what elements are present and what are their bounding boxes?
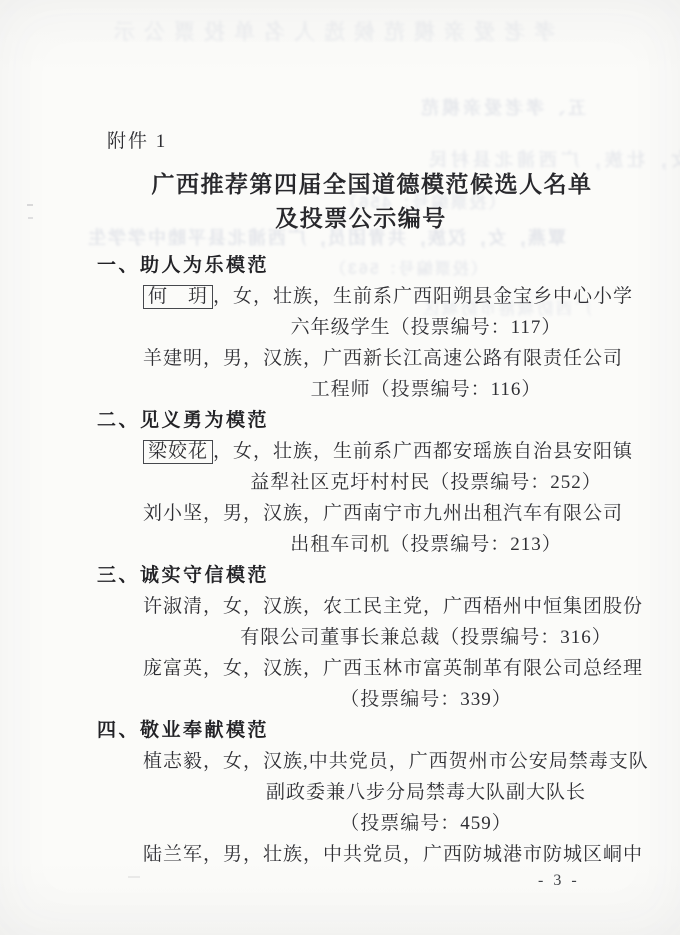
entry-line: 何 玥，女，壮族，生前系广西阳朔县金宝乡中心小学 bbox=[97, 281, 627, 312]
entry-continuation: （投票编号：339） bbox=[97, 684, 627, 715]
candidate-name: 羊建明 bbox=[143, 348, 203, 369]
entry-continuation: 益犁社区克圩村村民（投票编号：252） bbox=[97, 467, 627, 498]
entry-details: ，男，壮族，中共党员，广西防城港市防城区峒中 bbox=[203, 844, 643, 865]
entry-details: ，女，汉族,中共党员，广西贺州市公安局禁毒支队 bbox=[203, 751, 649, 772]
candidate-name-boxed: 梁姣花 bbox=[143, 440, 213, 464]
scan-artifact bbox=[128, 876, 140, 878]
entry-continuation: 副政委兼八步分局禁毒大队副大队长 bbox=[97, 777, 627, 808]
entry-line: 许淑清，女，汉族，农工民主党，广西梧州中恒集团股份 bbox=[97, 591, 627, 622]
candidate-name: 刘小坚 bbox=[143, 503, 203, 524]
entry-continuation: 有限公司董事长兼总裁（投票编号：316） bbox=[97, 622, 627, 653]
document-title-line1: 广西推荐第四届全国道德模范候选人名单 bbox=[0, 166, 680, 199]
bleed-through-line: 孝老爱亲模范候选人名单投票公示 bbox=[105, 16, 555, 46]
entry-line: 羊建明，男，汉族，广西新长江高速公路有限责任公司 bbox=[97, 343, 627, 374]
entry-line: 庞富英，女，汉族，广西玉林市富英制革有限公司总经理 bbox=[97, 653, 627, 684]
entry-line: 陆兰军，男，壮族，中共党员，广西防城港市防城区峒中 bbox=[97, 839, 627, 870]
section-heading: 三、诚实守信模范 bbox=[97, 560, 627, 591]
candidate-name: 植志毅 bbox=[143, 751, 203, 772]
candidate-name-boxed: 何 玥 bbox=[143, 285, 213, 309]
entry-continuation: 六年级学生（投票编号：117） bbox=[97, 312, 627, 343]
section-heading: 二、见义勇为模范 bbox=[97, 405, 627, 436]
section-heading: 一、助人为乐模范 bbox=[97, 250, 627, 281]
scanned-document-page: 孝老爱亲模范候选人名单投票公示 五、孝老爱亲模范 女，壮族，广西浦北县村民 （投… bbox=[0, 0, 680, 935]
entry-continuation: （投票编号：459） bbox=[97, 808, 627, 839]
candidate-name: 庞富英 bbox=[143, 658, 203, 679]
section-heading: 四、敬业奉献模范 bbox=[97, 715, 627, 746]
entry-continuation: 出租车司机（投票编号：213） bbox=[97, 529, 627, 560]
candidate-name: 许淑清 bbox=[143, 596, 203, 617]
entry-line: 植志毅，女，汉族,中共党员，广西贺州市公安局禁毒支队 bbox=[97, 746, 627, 777]
entry-details: ，女，汉族，广西玉林市富英制革有限公司总经理 bbox=[203, 658, 643, 679]
page-number: - 3 - bbox=[538, 872, 580, 890]
document-title-line2: 及投票公示编号 bbox=[0, 200, 680, 233]
candidate-name: 陆兰军 bbox=[143, 844, 203, 865]
entry-details: ，男，汉族，广西南宁市九州出租汽车有限公司 bbox=[203, 503, 623, 524]
entry-details: ，女，壮族，生前系广西都安瑶族自治县安阳镇 bbox=[213, 441, 633, 462]
entry-details: ，男，汉族，广西新长江高速公路有限责任公司 bbox=[203, 348, 623, 369]
entry-line: 梁姣花，女，壮族，生前系广西都安瑶族自治县安阳镇 bbox=[97, 436, 627, 467]
entry-details: ，女，汉族，农工民主党，广西梧州中恒集团股份 bbox=[203, 596, 643, 617]
candidate-list: 一、助人为乐模范 何 玥，女，壮族，生前系广西阳朔县金宝乡中心小学 六年级学生（… bbox=[97, 250, 627, 870]
entry-line: 刘小坚，男，汉族，广西南宁市九州出租汽车有限公司 bbox=[97, 498, 627, 529]
bleed-through-line: 五、孝老爱亲模范 bbox=[418, 94, 586, 120]
entry-details: ，女，壮族，生前系广西阳朔县金宝乡中心小学 bbox=[213, 286, 633, 307]
entry-continuation: 工程师（投票编号：116） bbox=[97, 374, 627, 405]
attachment-label: 附件 1 bbox=[107, 126, 167, 153]
